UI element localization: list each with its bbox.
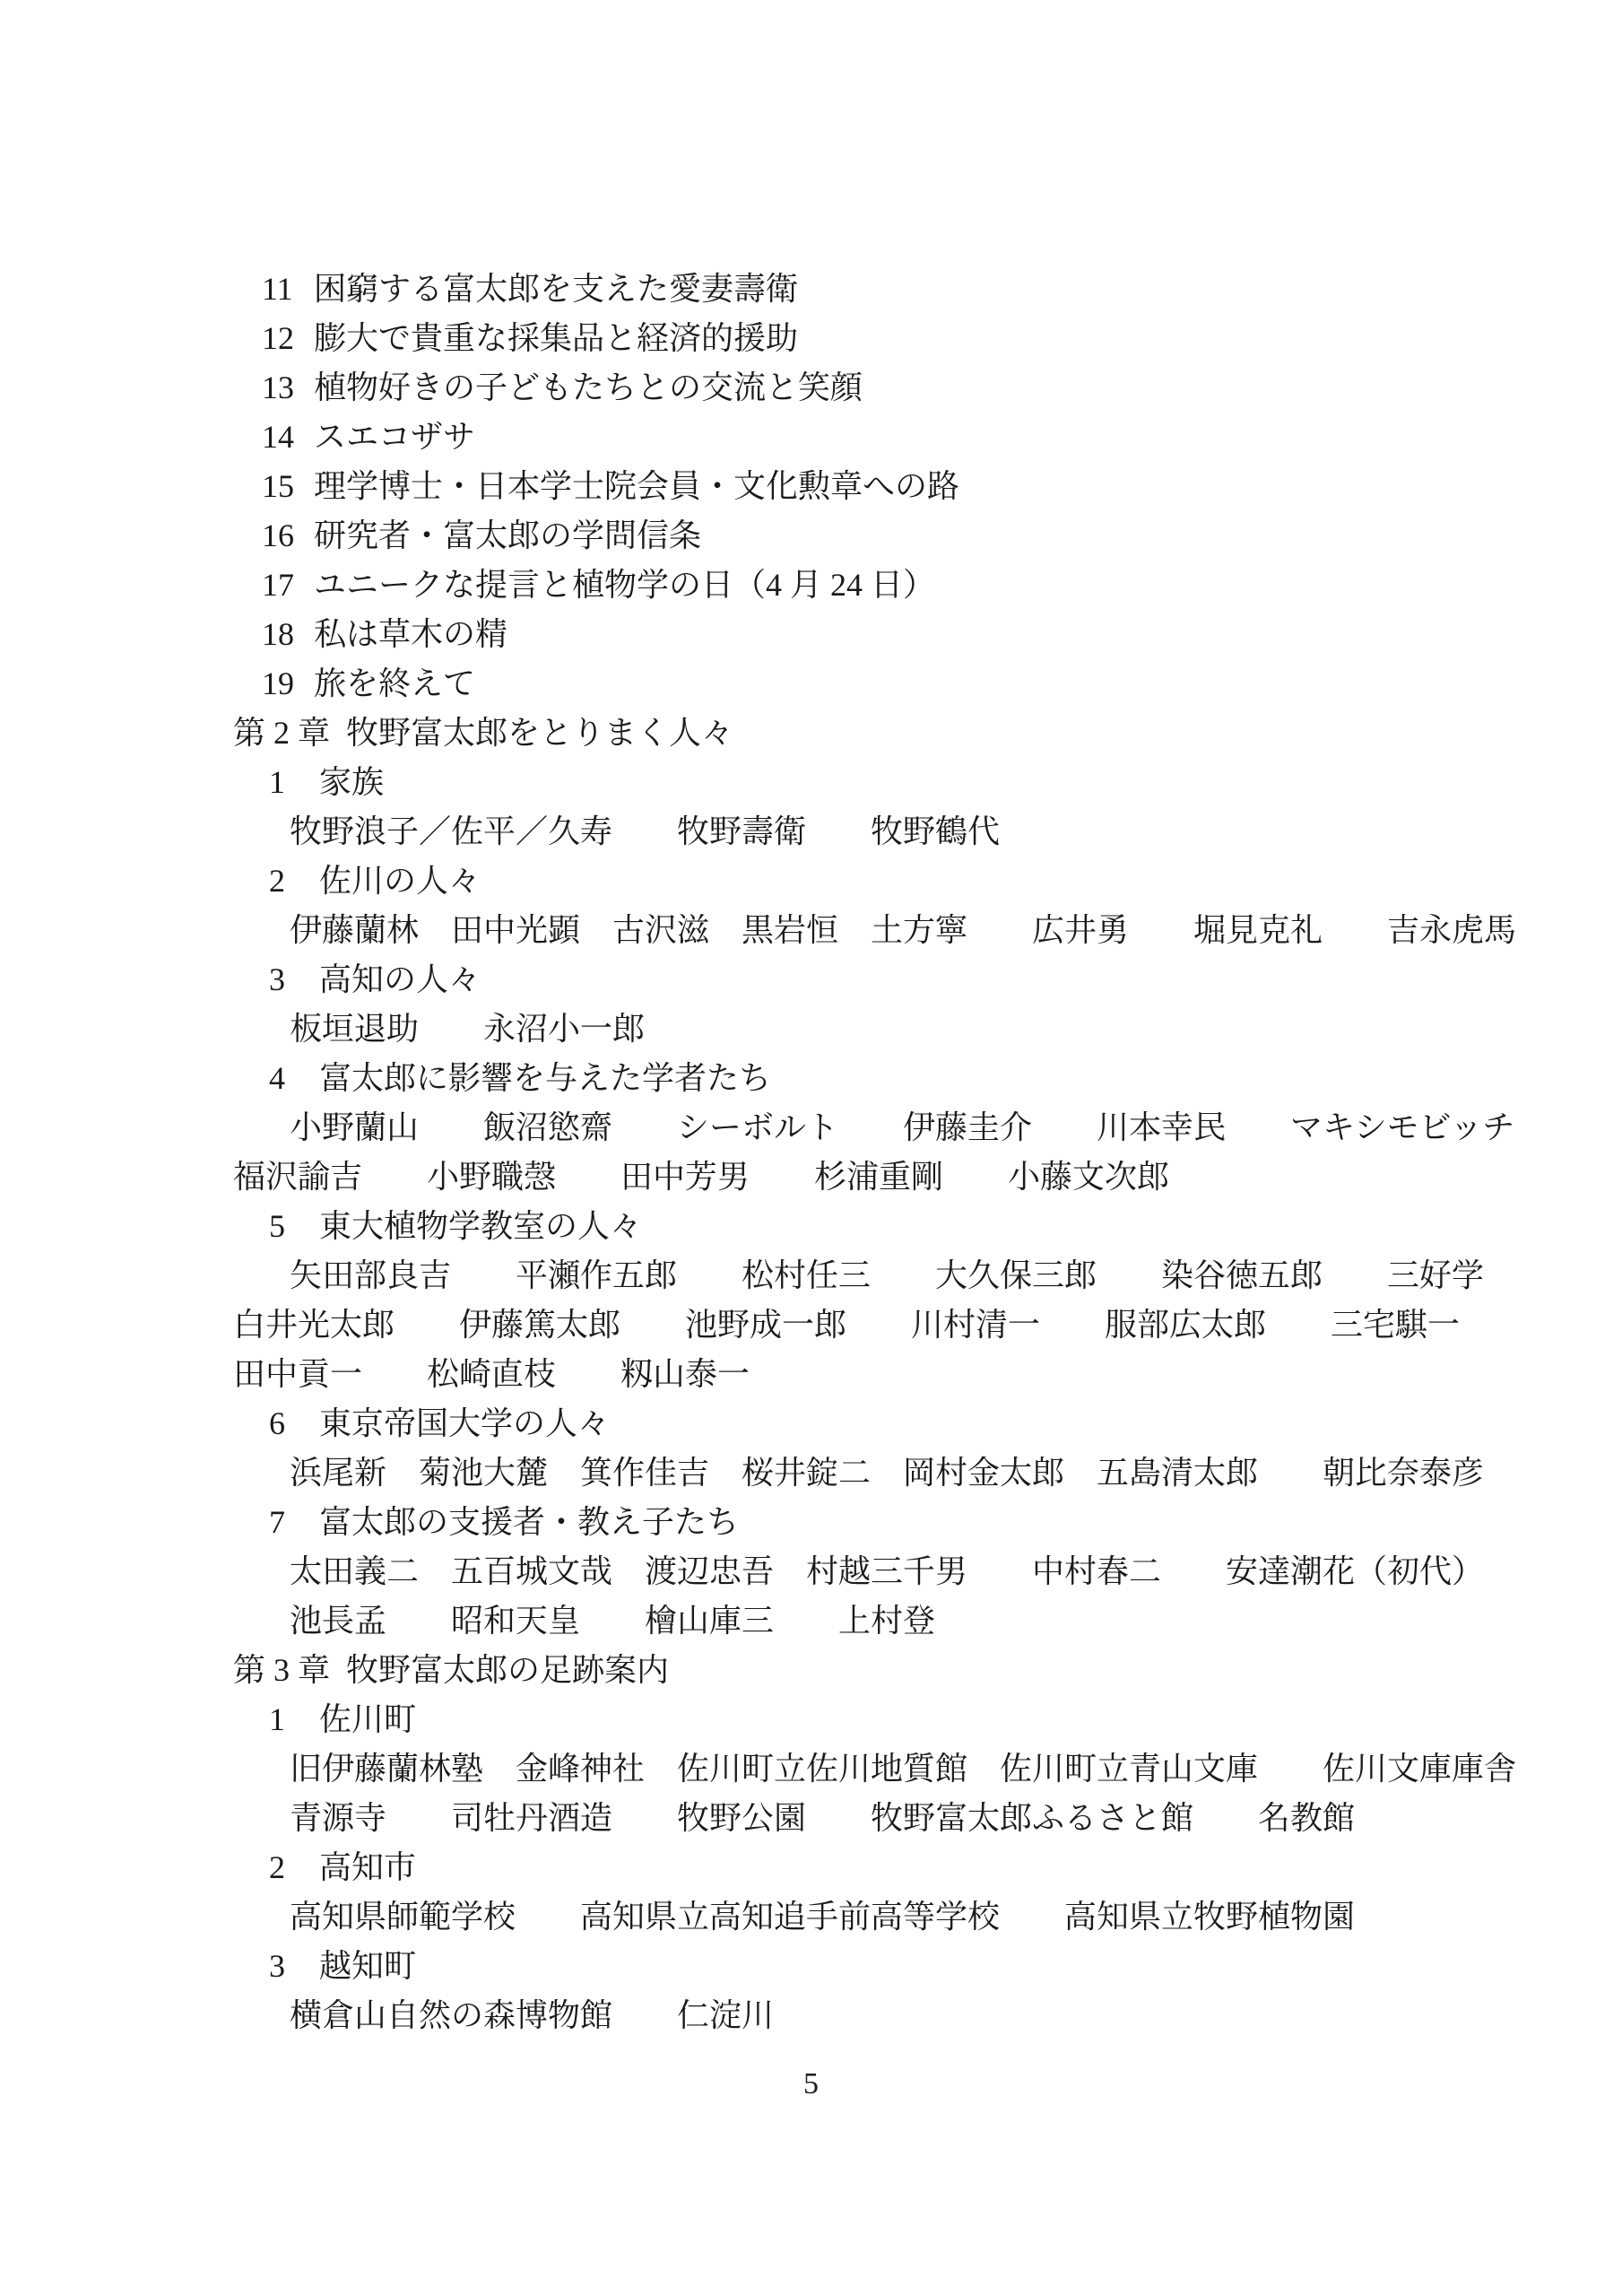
toc-item: 4富太郎に影響を与えた学者たち	[0, 1054, 1622, 1103]
line-text: 青源寺 司牡丹酒造 牧野公園 牧野富太郎ふるさと館 名教館	[290, 1800, 1355, 1836]
line-text: 池長孟 昭和天皇 檜山庫三 上村登	[290, 1603, 935, 1639]
line-text: 困窮する富太郎を支えた愛妻壽衛	[314, 271, 798, 307]
toc-item: 15理学博士・日本学士院会員・文化勲章への路	[0, 462, 1622, 511]
line-text: 矢田部良吉 平瀬作五郎 松村任三 大久保三郎 染谷徳五郎 三好学	[290, 1257, 1484, 1293]
name-list-line: 旧伊藤蘭林塾 金峰神社 佐川町立佐川地質館 佐川町立青山文庫 佐川文庫庫舎	[0, 1744, 1622, 1794]
name-list-line: 田中貢一 松崎直枝 籾山泰一	[0, 1350, 1622, 1399]
line-text: 高知の人々	[319, 961, 481, 997]
name-list-line: 浜尾新 菊池大麓 箕作佳吉 桜井錠二 岡村金太郎 五島清太郎 朝比奈泰彦	[0, 1448, 1622, 1498]
toc-item: 2高知市	[0, 1843, 1622, 1892]
item-number: 13	[262, 363, 314, 413]
toc-item: 11困窮する富太郎を支えた愛妻壽衛	[0, 265, 1622, 314]
item-number: 3	[269, 955, 319, 1004]
item-number: 5	[269, 1202, 319, 1251]
item-number: 11	[262, 265, 314, 314]
toc-item: 17ユニークな提言と植物学の日（4 月 24 日）	[0, 561, 1622, 610]
toc-item: 1佐川町	[0, 1695, 1622, 1744]
item-number: 1	[269, 1695, 319, 1744]
line-text: 私は草木の精	[314, 616, 507, 652]
line-text: 福沢諭吉 小野職愨 田中芳男 杉浦重剛 小藤文次郎	[233, 1159, 1169, 1195]
item-number: 2	[269, 1843, 319, 1892]
toc-item: 6東京帝国大学の人々	[0, 1399, 1622, 1448]
toc-item: 3高知の人々	[0, 955, 1622, 1004]
line-text: 板垣退助 永沼小一郎	[290, 1011, 645, 1047]
line-text: スエコザサ	[314, 419, 475, 455]
name-list-line: 福沢諭吉 小野職愨 田中芳男 杉浦重剛 小藤文次郎	[0, 1152, 1622, 1202]
item-number: 3	[269, 1942, 319, 1991]
item-number: 12	[262, 314, 314, 363]
name-list-line: 池長孟 昭和天皇 檜山庫三 上村登	[0, 1596, 1622, 1646]
line-text: 高知県師範学校 高知県立高知追手前高等学校 高知県立牧野植物園	[290, 1899, 1355, 1935]
line-text: 牧野浪子／佐平／久寿 牧野壽衛 牧野鶴代	[290, 813, 1000, 849]
item-number: 7	[269, 1498, 319, 1547]
line-text: 浜尾新 菊池大麓 箕作佳吉 桜井錠二 岡村金太郎 五島清太郎 朝比奈泰彦	[290, 1455, 1484, 1491]
page-number: 5	[0, 2067, 1622, 2101]
item-number: 19	[262, 659, 314, 709]
line-text: 家族	[319, 764, 384, 800]
name-list-line: 白井光太郎 伊藤篤太郎 池野成一郎 川村清一 服部広太郎 三宅騏一	[0, 1300, 1622, 1350]
toc-item: 14スエコザサ	[0, 413, 1622, 462]
line-text: 佐川の人々	[319, 863, 481, 899]
name-list-line: 横倉山自然の森博物館 仁淀川	[0, 1991, 1622, 2040]
toc-item: 3越知町	[0, 1942, 1622, 1991]
item-number: 1	[269, 758, 319, 807]
item-number: 17	[262, 561, 314, 610]
line-text: ユニークな提言と植物学の日（4 月 24 日）	[314, 567, 935, 603]
toc-content: 11困窮する富太郎を支えた愛妻壽衛12膨大で貴重な採集品と経済的援助13植物好き…	[0, 0, 1622, 2040]
line-text: 研究者・富太郎の学問信条	[314, 517, 701, 553]
line-text: 東京帝国大学の人々	[319, 1405, 610, 1441]
chapter-title: 牧野富太郎をとりまく人々	[346, 715, 733, 751]
toc-item: 2佐川の人々	[0, 857, 1622, 906]
name-list-line: 矢田部良吉 平瀬作五郎 松村任三 大久保三郎 染谷徳五郎 三好学	[0, 1251, 1622, 1300]
toc-item: 18私は草木の精	[0, 610, 1622, 659]
line-text: 越知町	[319, 1948, 416, 1984]
name-list-line: 青源寺 司牡丹酒造 牧野公園 牧野富太郎ふるさと館 名教館	[0, 1794, 1622, 1843]
line-text: 小野蘭山 飯沼慾齋 シーボルト 伊藤圭介 川本幸民 マキシモビッチ	[290, 1109, 1514, 1145]
item-number: 4	[269, 1054, 319, 1103]
name-list-line: 小野蘭山 飯沼慾齋 シーボルト 伊藤圭介 川本幸民 マキシモビッチ	[0, 1103, 1622, 1152]
line-text: 太田義二 五百城文哉 渡辺忠吾 村越三千男 中村春二 安達潮花（初代）	[290, 1553, 1484, 1589]
toc-item: 7富太郎の支援者・教え子たち	[0, 1498, 1622, 1547]
line-text: 横倉山自然の森博物館 仁淀川	[290, 1997, 774, 2033]
chapter-title: 牧野富太郎の足跡案内	[346, 1652, 669, 1688]
line-text: 白井光太郎 伊藤篤太郎 池野成一郎 川村清一 服部広太郎 三宅騏一	[233, 1307, 1460, 1343]
item-number: 16	[262, 511, 314, 561]
line-text: 植物好きの子どもたちとの交流と笑顔	[314, 370, 863, 405]
line-text: 東大植物学教室の人々	[319, 1208, 642, 1244]
item-number: 6	[269, 1399, 319, 1448]
toc-item: 16研究者・富太郎の学問信条	[0, 511, 1622, 561]
item-number: 2	[269, 857, 319, 906]
line-text: 田中貢一 松崎直枝 籾山泰一	[233, 1356, 750, 1392]
name-list-line: 牧野浪子／佐平／久寿 牧野壽衛 牧野鶴代	[0, 807, 1622, 857]
name-list-line: 板垣退助 永沼小一郎	[0, 1004, 1622, 1054]
line-text: 富太郎の支援者・教え子たち	[319, 1504, 739, 1540]
toc-page: 11困窮する富太郎を支えた愛妻壽衛12膨大で貴重な採集品と経済的援助13植物好き…	[0, 0, 1622, 2296]
chapter-heading: 第 2 章牧野富太郎をとりまく人々	[0, 709, 1622, 758]
line-text: 旅を終えて	[314, 665, 475, 701]
item-number: 15	[262, 462, 314, 511]
line-text: 伊藤蘭林 田中光顕 古沢滋 黒岩恒 土方寧 広井勇 堀見克礼 吉永虎馬	[290, 912, 1516, 948]
name-list-line: 伊藤蘭林 田中光顕 古沢滋 黒岩恒 土方寧 広井勇 堀見克礼 吉永虎馬	[0, 906, 1622, 955]
toc-item: 1家族	[0, 758, 1622, 807]
item-number: 18	[262, 610, 314, 659]
chapter-heading: 第 3 章牧野富太郎の足跡案内	[0, 1646, 1622, 1695]
line-text: 膨大で貴重な採集品と経済的援助	[314, 320, 798, 356]
document-body: { "page": { "number": "5" }, "toc": { "l…	[0, 0, 1622, 2296]
line-text: 旧伊藤蘭林塾 金峰神社 佐川町立佐川地質館 佐川町立青山文庫 佐川文庫庫舎	[290, 1751, 1516, 1787]
name-list-line: 太田義二 五百城文哉 渡辺忠吾 村越三千男 中村春二 安達潮花（初代）	[0, 1547, 1622, 1596]
toc-item: 19旅を終えて	[0, 659, 1622, 709]
line-text: 理学博士・日本学士院会員・文化勲章への路	[314, 468, 959, 504]
chapter-label: 第 3 章	[233, 1652, 330, 1688]
item-number: 14	[262, 413, 314, 462]
toc-item: 12膨大で貴重な採集品と経済的援助	[0, 314, 1622, 363]
toc-item: 5東大植物学教室の人々	[0, 1202, 1622, 1251]
name-list-line: 高知県師範学校 高知県立高知追手前高等学校 高知県立牧野植物園	[0, 1892, 1622, 1942]
line-text: 高知市	[319, 1849, 416, 1885]
chapter-label: 第 2 章	[233, 715, 330, 751]
line-text: 富太郎に影響を与えた学者たち	[319, 1060, 771, 1096]
line-text: 佐川町	[319, 1701, 416, 1737]
toc-item: 13植物好きの子どもたちとの交流と笑顔	[0, 363, 1622, 413]
